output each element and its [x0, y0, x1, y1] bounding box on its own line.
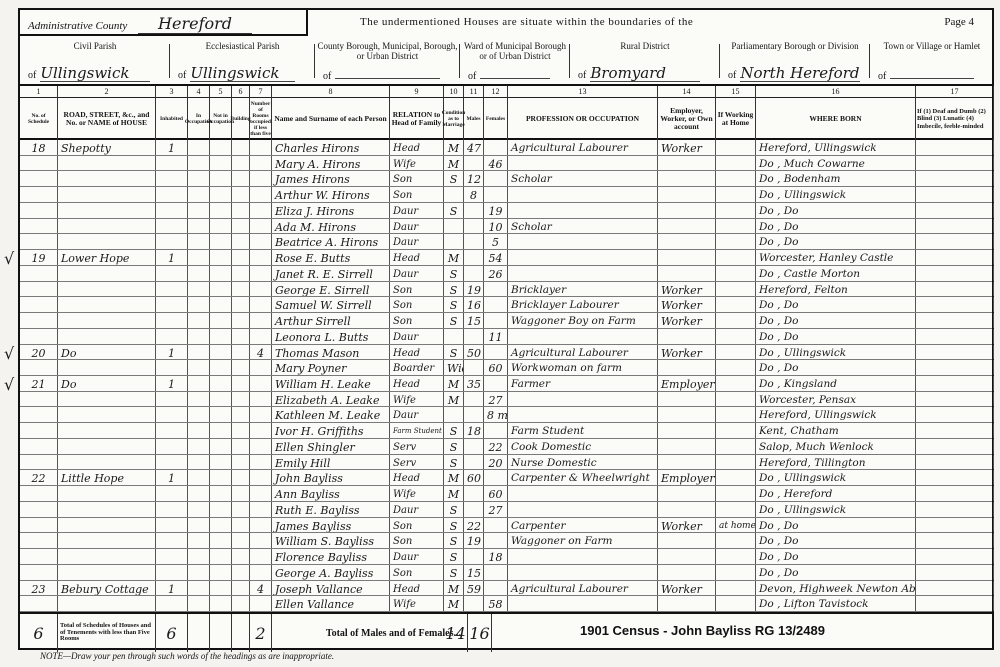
cell-u1: [188, 156, 210, 171]
header-employer: Employer, Worker, or Own account: [658, 98, 716, 140]
cell-name: Ellen Shingler: [272, 439, 390, 454]
table-row: William S. BaylissSonS19Waggoner on Farm…: [20, 533, 992, 549]
cell-rel: Head: [390, 376, 444, 391]
cell-u1: [188, 250, 210, 265]
cell-sched: [20, 596, 58, 611]
table-row: Janet R. E. SirrellDaurS26Do , Castle Mo…: [20, 266, 992, 282]
cell-u1: [188, 171, 210, 186]
cell-bld: [232, 581, 250, 596]
cell-house: [58, 313, 156, 328]
area-of-label: of: [878, 71, 886, 82]
cell-bld: [232, 234, 250, 249]
cell-f: [484, 187, 508, 202]
cell-house: [58, 282, 156, 297]
cell-home: [716, 140, 756, 155]
cell-rooms: [250, 407, 272, 422]
cell-name: George A. Bayliss: [272, 565, 390, 580]
cell-home: [716, 565, 756, 580]
cell-f: [484, 518, 508, 533]
cell-bld: [232, 156, 250, 171]
column-number: 3: [156, 86, 188, 98]
cell-home: [716, 581, 756, 596]
cell-u2: [210, 581, 232, 596]
column-number: 14: [658, 86, 716, 98]
cell-u1: [188, 203, 210, 218]
cell-home: at home: [716, 518, 756, 533]
cell-occ: [508, 187, 658, 202]
column-number: 17: [916, 86, 994, 98]
area-6: Parliamentary Borough or DivisionofNorth…: [720, 38, 870, 86]
cell-m: [464, 549, 484, 564]
cell-inf: [916, 282, 994, 297]
cell-u2: [210, 518, 232, 533]
cell-inhab: [156, 439, 188, 454]
cell-f: 26: [484, 266, 508, 281]
cell-sched: [20, 171, 58, 186]
cell-inf: [916, 439, 994, 454]
cell-bld: [232, 455, 250, 470]
cell-inhab: [156, 266, 188, 281]
cell-name: Ivor H. Griffiths: [272, 423, 390, 438]
cell-rel: Son: [390, 297, 444, 312]
header-occupation: PROFESSION OR OCCUPATION: [508, 98, 658, 140]
area-of: of: [323, 71, 440, 82]
cell-rel: Son: [390, 518, 444, 533]
cell-emp: [658, 187, 716, 202]
header-not-in-occupation: Not in Occupation: [210, 98, 232, 140]
area-title: Ecclesiastical Parish: [170, 42, 315, 52]
column-number: 10: [444, 86, 464, 98]
cell-u2: [210, 282, 232, 297]
cell-born: Hereford, Felton: [756, 282, 916, 297]
cell-u1: [188, 470, 210, 485]
table-row: 19Lower Hope1Rose E. ButtsHeadM54Worcest…: [20, 250, 992, 266]
area-of: ofUllingswick: [28, 65, 150, 83]
footer-note: NOTE—Draw your pen through such words of…: [40, 651, 334, 661]
cell-bld: [232, 219, 250, 234]
cell-emp: [658, 455, 716, 470]
cell-rel: Wife: [390, 596, 444, 611]
table-row: Arthur SirrellSonS15Waggoner Boy on Farm…: [20, 313, 992, 329]
area-value: Ullingswick: [40, 65, 150, 83]
cell-bld: [232, 171, 250, 186]
cell-home: [716, 549, 756, 564]
cell-occ: [508, 392, 658, 407]
cell-f: 60: [484, 360, 508, 375]
cell-bld: [232, 392, 250, 407]
cell-u1: [188, 439, 210, 454]
cell-rooms: [250, 470, 272, 485]
cell-inhab: [156, 156, 188, 171]
cell-emp: [658, 549, 716, 564]
cell-sched: [20, 219, 58, 234]
cell-cond: S: [444, 345, 464, 360]
cell-inhab: [156, 297, 188, 312]
cell-emp: [658, 171, 716, 186]
area-4: Ward of Municipal Borough or of Urban Di…: [460, 38, 570, 86]
cell-born: Do , Do: [756, 518, 916, 533]
cell-rel: Son: [390, 187, 444, 202]
cell-inf: [916, 581, 994, 596]
cell-house: Bebury Cottage: [58, 581, 156, 596]
cell-name: James Hirons: [272, 171, 390, 186]
total-schedules-label: Total of Schedules of Houses and of Tene…: [58, 614, 156, 652]
check-mark-icon: √: [4, 376, 14, 393]
total-schedules: 6: [20, 614, 58, 652]
cell-home: [716, 282, 756, 297]
cell-inhab: [156, 360, 188, 375]
cell-rooms: [250, 171, 272, 186]
total-rooms: 2: [250, 614, 272, 652]
cell-cond: S: [444, 502, 464, 517]
cell-cond: S: [444, 533, 464, 548]
cell-f: [484, 565, 508, 580]
cell-m: [464, 234, 484, 249]
cell-born: Kent, Chatham: [756, 423, 916, 438]
cell-rel: Head: [390, 140, 444, 155]
cell-name: Elizabeth A. Leake: [272, 392, 390, 407]
total-males-females-label: Total of Males and of Females...: [272, 614, 468, 652]
cell-name: Mary A. Hirons: [272, 156, 390, 171]
cell-m: 15: [464, 565, 484, 580]
cell-born: Do , Castle Morton: [756, 266, 916, 281]
cell-u2: [210, 250, 232, 265]
column-number: 8: [272, 86, 390, 98]
cell-sched: [20, 486, 58, 501]
cell-rooms: [250, 266, 272, 281]
cell-house: [58, 203, 156, 218]
header-relation: RELATION to Head of Family: [390, 98, 444, 140]
cell-name: Florence Bayliss: [272, 549, 390, 564]
cell-name: Ruth E. Bayliss: [272, 502, 390, 517]
cell-home: [716, 533, 756, 548]
cell-inf: [916, 533, 994, 548]
cell-inhab: [156, 502, 188, 517]
cell-name: Joseph Vallance: [272, 581, 390, 596]
cell-f: [484, 470, 508, 485]
table-row: Ellen ShinglerServS22Cook DomesticSalop,…: [20, 439, 992, 455]
cell-m: 60: [464, 470, 484, 485]
table-row: Emily HillServS20Nurse DomesticHereford,…: [20, 455, 992, 471]
column-number: 12: [484, 86, 508, 98]
cell-cond: [444, 407, 464, 422]
area-2: Ecclesiastical ParishofUllingswick: [170, 38, 315, 86]
cell-inhab: [156, 392, 188, 407]
cell-emp: [658, 439, 716, 454]
cell-f: [484, 423, 508, 438]
cell-cond: S: [444, 266, 464, 281]
cell-m: [464, 203, 484, 218]
area-value: Bromyard: [590, 65, 700, 83]
cell-u2: [210, 313, 232, 328]
cell-emp: [658, 392, 716, 407]
cell-emp: [658, 156, 716, 171]
cell-bld: [232, 407, 250, 422]
cell-occ: Scholar: [508, 219, 658, 234]
area-1: Civil ParishofUllingswick: [20, 38, 170, 86]
cell-cond: [444, 187, 464, 202]
admin-county-label: Administrative County: [28, 20, 127, 32]
column-number: 1: [20, 86, 58, 98]
cell-bld: [232, 518, 250, 533]
cell-m: 15: [464, 313, 484, 328]
cell-house: [58, 549, 156, 564]
table-row: 21Do1William H. LeakeHeadM35FarmerEmploy…: [20, 376, 992, 392]
cell-born: Do , Lifton Tavistock: [756, 596, 916, 611]
cell-u1: [188, 313, 210, 328]
cell-emp: Worker: [658, 297, 716, 312]
cell-rooms: [250, 565, 272, 580]
cell-u1: [188, 219, 210, 234]
area-value: North Hereford: [740, 65, 859, 83]
cell-rooms: [250, 250, 272, 265]
cell-born: Do , Much Cowarne: [756, 156, 916, 171]
cell-f: [484, 171, 508, 186]
table-row: Beatrice A. HironsDaur5Do , Do: [20, 234, 992, 250]
cell-inf: [916, 329, 994, 344]
table-row: 23Bebury Cottage14Joseph VallanceHeadM59…: [20, 581, 992, 597]
cell-inf: [916, 455, 994, 470]
cell-inhab: [156, 187, 188, 202]
cell-born: Hereford, Ullingswick: [756, 407, 916, 422]
cell-u2: [210, 203, 232, 218]
cell-house: [58, 596, 156, 611]
cell-rel: Daur: [390, 407, 444, 422]
cell-f: 20: [484, 455, 508, 470]
cell-inhab: [156, 234, 188, 249]
cell-f: 54: [484, 250, 508, 265]
cell-u2: [210, 376, 232, 391]
table-row: Samuel W. SirrellSonS16Bricklayer Labour…: [20, 297, 992, 313]
table-row: 20Do14Thomas MasonHeadS50Agricultural La…: [20, 345, 992, 361]
area-of: ofUllingswick: [178, 65, 295, 83]
cell-occ: Waggoner on Farm: [508, 533, 658, 548]
cell-f: [484, 345, 508, 360]
cell-inf: [916, 345, 994, 360]
total-houses: 6: [156, 614, 188, 652]
total-females: 16: [468, 614, 492, 652]
cell-sched: [20, 392, 58, 407]
cell-cond: M: [444, 376, 464, 391]
cell-inf: [916, 423, 994, 438]
area-value: [890, 78, 974, 79]
cell-born: Do , Kingsland: [756, 376, 916, 391]
cell-cond: S: [444, 203, 464, 218]
cell-born: Do , Do: [756, 313, 916, 328]
cell-born: Do , Do: [756, 565, 916, 580]
cell-u1: [188, 360, 210, 375]
cell-inhab: [156, 203, 188, 218]
cell-home: [716, 297, 756, 312]
cell-cond: Wid: [444, 360, 464, 375]
cell-emp: [658, 486, 716, 501]
cell-rooms: [250, 455, 272, 470]
cell-inhab: [156, 596, 188, 611]
cell-sched: [20, 297, 58, 312]
cell-m: [464, 455, 484, 470]
cell-inf: [916, 502, 994, 517]
cell-house: [58, 533, 156, 548]
cell-inhab: [156, 549, 188, 564]
cell-born: Do , Do: [756, 329, 916, 344]
cell-f: 10: [484, 219, 508, 234]
cell-name: Beatrice A. Hirons: [272, 234, 390, 249]
table-row: Florence BaylissDaurS18Do , Do: [20, 549, 992, 565]
cell-home: [716, 156, 756, 171]
area-of-label: of: [323, 71, 331, 82]
cell-rel: Daur: [390, 549, 444, 564]
cell-inhab: [156, 282, 188, 297]
cell-inf: [916, 407, 994, 422]
cell-rooms: [250, 376, 272, 391]
cell-cond: M: [444, 156, 464, 171]
cell-u2: [210, 407, 232, 422]
cell-emp: [658, 234, 716, 249]
cell-u1: [188, 455, 210, 470]
cell-house: [58, 455, 156, 470]
cell-sched: [20, 565, 58, 580]
cell-cond: S: [444, 439, 464, 454]
cell-sched: [20, 423, 58, 438]
table-row: James HironsSonS12ScholarDo , Bodenham: [20, 171, 992, 187]
cell-rooms: [250, 140, 272, 155]
cell-inf: [916, 219, 994, 234]
cell-bld: [232, 345, 250, 360]
cell-m: [464, 360, 484, 375]
cell-occ: [508, 203, 658, 218]
cell-occ: Nurse Domestic: [508, 455, 658, 470]
table-row: Leonora L. ButtsDaur11Do , Do: [20, 329, 992, 345]
cell-name: Charles Hirons: [272, 140, 390, 155]
cell-house: Do: [58, 376, 156, 391]
cell-inhab: [156, 486, 188, 501]
column-number: 5: [210, 86, 232, 98]
table-row: James BaylissSonS22CarpenterWorkerat hom…: [20, 518, 992, 534]
cell-bld: [232, 140, 250, 155]
area-title: Town or Village or Hamlet: [870, 42, 994, 52]
cell-inf: [916, 565, 994, 580]
cell-rooms: [250, 234, 272, 249]
cell-inf: [916, 313, 994, 328]
table-row: Arthur W. HironsSon8Do , Ullingswick: [20, 187, 992, 203]
cell-emp: [658, 329, 716, 344]
area-title: Civil Parish: [20, 42, 170, 52]
cell-rel: Son: [390, 171, 444, 186]
totals-row: 6 Total of Schedules of Houses and of Te…: [20, 612, 992, 650]
cell-m: [464, 407, 484, 422]
table-row: Ruth E. BaylissDaurS27Do , Ullingswick: [20, 502, 992, 518]
cell-bld: [232, 282, 250, 297]
cell-u2: [210, 345, 232, 360]
cell-cond: S: [444, 313, 464, 328]
cell-u1: [188, 533, 210, 548]
cell-born: Do , Do: [756, 219, 916, 234]
cell-sched: 22: [20, 470, 58, 485]
cell-name: Ann Bayliss: [272, 486, 390, 501]
cell-inhab: [156, 455, 188, 470]
cell-inf: [916, 518, 994, 533]
cell-f: [484, 297, 508, 312]
cell-house: [58, 502, 156, 517]
cell-bld: [232, 502, 250, 517]
cell-m: [464, 266, 484, 281]
cell-inf: [916, 596, 994, 611]
cell-rooms: [250, 518, 272, 533]
cell-occ: Cook Domestic: [508, 439, 658, 454]
cell-inf: [916, 549, 994, 564]
cell-home: [716, 203, 756, 218]
table-row: Elizabeth A. LeakeWifeM27Worcester, Pens…: [20, 392, 992, 408]
cell-f: 46: [484, 156, 508, 171]
cell-emp: [658, 203, 716, 218]
cell-home: [716, 596, 756, 611]
cell-f: 19: [484, 203, 508, 218]
cell-house: Lower Hope: [58, 250, 156, 265]
cell-inf: [916, 187, 994, 202]
cell-occ: [508, 596, 658, 611]
cell-m: 18: [464, 423, 484, 438]
cell-u2: [210, 329, 232, 344]
column-number: 6: [232, 86, 250, 98]
cell-home: [716, 502, 756, 517]
cell-rel: Daur: [390, 502, 444, 517]
cell-emp: [658, 533, 716, 548]
cell-u1: [188, 140, 210, 155]
table-row: George E. SirrellSonS19BricklayerWorkerH…: [20, 282, 992, 298]
cell-cond: S: [444, 282, 464, 297]
cell-m: [464, 329, 484, 344]
cell-bld: [232, 360, 250, 375]
cell-sched: [20, 518, 58, 533]
cell-f: 5: [484, 234, 508, 249]
cell-m: 59: [464, 581, 484, 596]
cell-cond: [444, 329, 464, 344]
total-building: [232, 614, 250, 652]
area-of: ofNorth Hereford: [728, 65, 860, 83]
cell-f: [484, 140, 508, 155]
header-rooms: Number of Rooms occupied if less than fi…: [250, 98, 272, 140]
cell-emp: Worker: [658, 282, 716, 297]
cell-f: 8 mo: [484, 407, 508, 422]
cell-f: [484, 282, 508, 297]
cell-house: [58, 518, 156, 533]
cell-cond: S: [444, 171, 464, 186]
cell-f: 11: [484, 329, 508, 344]
cell-occ: Workwoman on farm: [508, 360, 658, 375]
cell-u2: [210, 156, 232, 171]
cell-house: [58, 565, 156, 580]
cell-home: [716, 470, 756, 485]
cell-house: [58, 423, 156, 438]
cell-occ: [508, 549, 658, 564]
cell-occ: [508, 565, 658, 580]
cell-cond: [444, 219, 464, 234]
cell-occ: [508, 250, 658, 265]
cell-name: Janet R. E. Sirrell: [272, 266, 390, 281]
cell-sched: [20, 313, 58, 328]
cell-occ: Farm Student: [508, 423, 658, 438]
cell-f: [484, 376, 508, 391]
header-road: ROAD, STREET, &c., and No. or NAME of HO…: [58, 98, 156, 140]
cell-emp: Worker: [658, 581, 716, 596]
cell-m: 22: [464, 518, 484, 533]
cell-sched: [20, 266, 58, 281]
cell-u1: [188, 486, 210, 501]
cell-occ: Agricultural Labourer: [508, 345, 658, 360]
cell-inf: [916, 234, 994, 249]
cell-occ: Agricultural Labourer: [508, 140, 658, 155]
cell-rel: Serv: [390, 455, 444, 470]
